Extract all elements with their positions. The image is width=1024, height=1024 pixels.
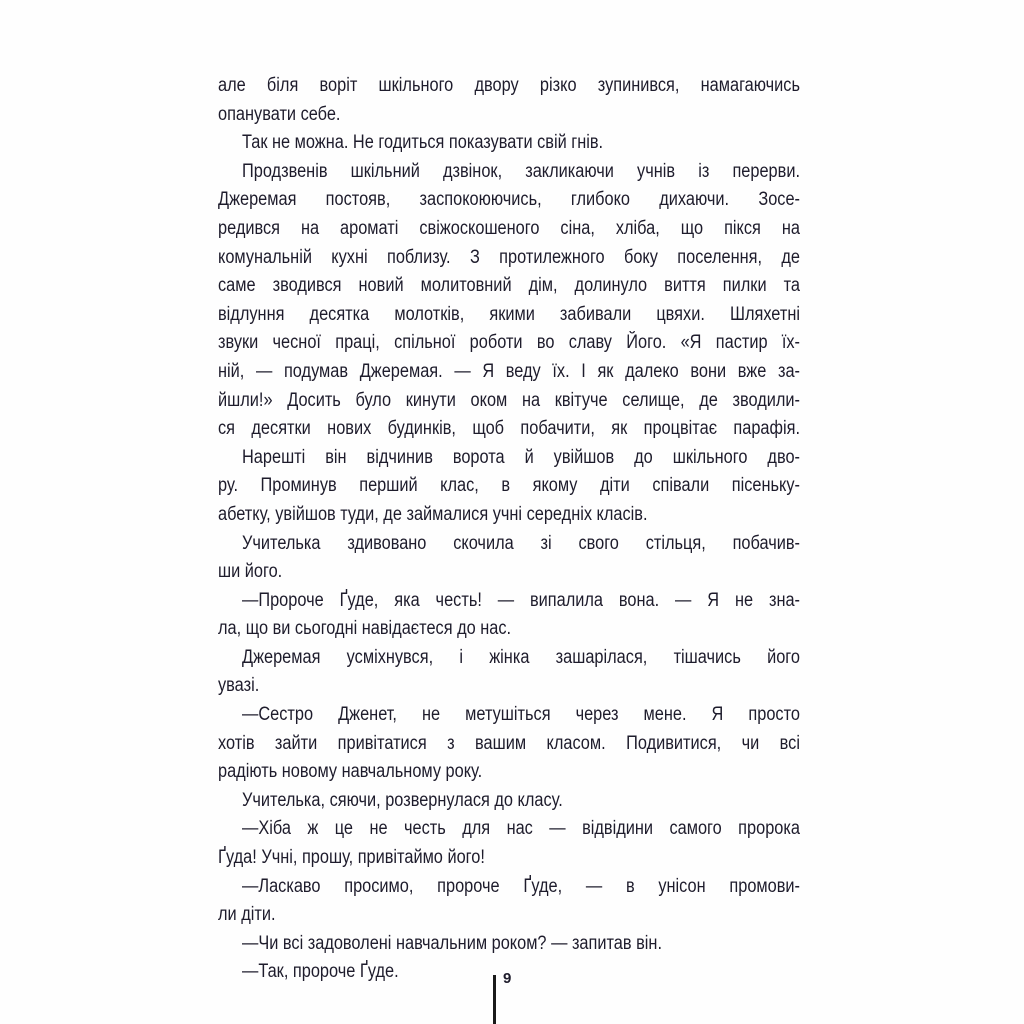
- text-line: відлуння десятка молотків, якими забивал…: [218, 301, 800, 330]
- text-line: Учителька здивовано скочила зі свого сті…: [218, 530, 800, 559]
- text-line: ру. Проминув перший клас, в якому діти с…: [218, 472, 800, 501]
- text-line-content: ши його.: [218, 558, 282, 587]
- text-line-content: Ґуда! Учні, прошу, привітаймо його!: [218, 844, 485, 873]
- text-line-content: ли діти.: [218, 901, 276, 930]
- page-number: 9: [503, 970, 511, 987]
- text-line-content: —Чи всі задоволені навчальним роком? — з…: [242, 930, 662, 959]
- text-line-content: йшли!» Досить було кинути оком на квітуч…: [218, 387, 800, 416]
- text-line-content: —Ласкаво просимо, пророче Ґуде, — в уніс…: [242, 873, 800, 902]
- text-line: хотів зайти привітатися з вашим класом. …: [218, 730, 800, 759]
- text-line-content: ся десятки нових будинків, щоб побачити,…: [218, 415, 800, 444]
- text-line-content: Учителька, сяючи, розвернулася до класу.: [242, 787, 563, 816]
- text-line-content: Так не можна. Не годиться показувати сві…: [242, 129, 603, 158]
- text-line-content: —Так, пророче Ґуде.: [242, 958, 399, 987]
- text-line: Так не можна. Не годиться показувати сві…: [218, 129, 800, 158]
- text-line-content: Учителька здивовано скочила зі свого сті…: [242, 530, 800, 559]
- text-line: йшли!» Досить було кинути оком на квітуч…: [218, 387, 800, 416]
- text-line-content: редився на ароматі свіжоскошеного сіна, …: [218, 215, 800, 244]
- text-line: —Хіба ж це не честь для нас — відвідини …: [218, 815, 800, 844]
- text-line-content: опанувати себе.: [218, 101, 340, 130]
- text-line: звуки чесної праці, спільної роботи во с…: [218, 329, 800, 358]
- text-line: ши його.: [218, 558, 800, 587]
- text-line: Джеремая постояв, заспокоюючись, глибоко…: [218, 186, 800, 215]
- text-line-content: —Пророче Ґуде, яка честь! — випалила вон…: [242, 587, 800, 616]
- folio-rule: [493, 975, 496, 1024]
- text-line-content: комунальній кухні поблизу. З протилежног…: [218, 244, 800, 273]
- text-line: —Сестро Дженет, не метушіться через мене…: [218, 701, 800, 730]
- text-line: але біля воріт шкільного двору різко зуп…: [218, 72, 800, 101]
- text-line-content: —Хіба ж це не честь для нас — відвідини …: [242, 815, 800, 844]
- text-line-content: ла, що ви сьогодні навідаєтеся до нас.: [218, 615, 511, 644]
- book-page: але біля воріт шкільного двору різко зуп…: [0, 0, 1024, 1024]
- text-line-content: —Сестро Дженет, не метушіться через мене…: [242, 701, 800, 730]
- text-line: ли діти.: [218, 901, 800, 930]
- text-line: —Пророче Ґуде, яка честь! — випалила вон…: [218, 587, 800, 616]
- text-line: увазі.: [218, 672, 800, 701]
- text-line: ній, — подумав Джеремая. — Я веду їх. І …: [218, 358, 800, 387]
- text-line: Нарешті він відчинив ворота й увійшов до…: [218, 444, 800, 473]
- text-line-content: звуки чесної праці, спільної роботи во с…: [218, 329, 800, 358]
- text-line-content: Джеремая постояв, заспокоюючись, глибоко…: [218, 186, 800, 215]
- text-line-content: Джеремая усміхнувся, і жінка зашарілася,…: [242, 644, 800, 673]
- text-line: опанувати себе.: [218, 101, 800, 130]
- text-line-content: хотів зайти привітатися з вашим класом. …: [218, 730, 800, 759]
- text-line: ся десятки нових будинків, щоб побачити,…: [218, 415, 800, 444]
- text-line: —Чи всі задоволені навчальним роком? — з…: [218, 930, 800, 959]
- text-line-content: Продзвенів шкільний дзвінок, закликаючи …: [242, 158, 800, 187]
- text-line-content: але біля воріт шкільного двору різко зуп…: [218, 72, 800, 101]
- text-line: саме зводився новий молитовний дім, доли…: [218, 272, 800, 301]
- text-line: радіють новому навчальному року.: [218, 758, 800, 787]
- text-line: редився на ароматі свіжоскошеного сіна, …: [218, 215, 800, 244]
- text-line-content: Нарешті він відчинив ворота й увійшов до…: [242, 444, 800, 473]
- text-line-content: радіють новому навчальному року.: [218, 758, 482, 787]
- text-line-content: ру. Проминув перший клас, в якому діти с…: [218, 472, 800, 501]
- text-line-content: увазі.: [218, 672, 259, 701]
- text-line-content: абетку, увійшов туди, де займалися учні …: [218, 501, 648, 530]
- text-line-content: ній, — подумав Джеремая. — Я веду їх. І …: [218, 358, 800, 387]
- text-line: ла, що ви сьогодні навідаєтеся до нас.: [218, 615, 800, 644]
- text-line: Учителька, сяючи, розвернулася до класу.: [218, 787, 800, 816]
- text-line: комунальній кухні поблизу. З протилежног…: [218, 244, 800, 273]
- text-line: абетку, увійшов туди, де займалися учні …: [218, 501, 800, 530]
- text-line: Джеремая усміхнувся, і жінка зашарілася,…: [218, 644, 800, 673]
- text-line-content: відлуння десятка молотків, якими забивал…: [218, 301, 800, 330]
- text-line: Ґуда! Учні, прошу, привітаймо його!: [218, 844, 800, 873]
- text-line: Продзвенів шкільний дзвінок, закликаючи …: [218, 158, 800, 187]
- text-line: —Ласкаво просимо, пророче Ґуде, — в уніс…: [218, 873, 800, 902]
- body-text: але біля воріт шкільного двору різко зуп…: [218, 72, 800, 987]
- text-line-content: саме зводився новий молитовний дім, доли…: [218, 272, 800, 301]
